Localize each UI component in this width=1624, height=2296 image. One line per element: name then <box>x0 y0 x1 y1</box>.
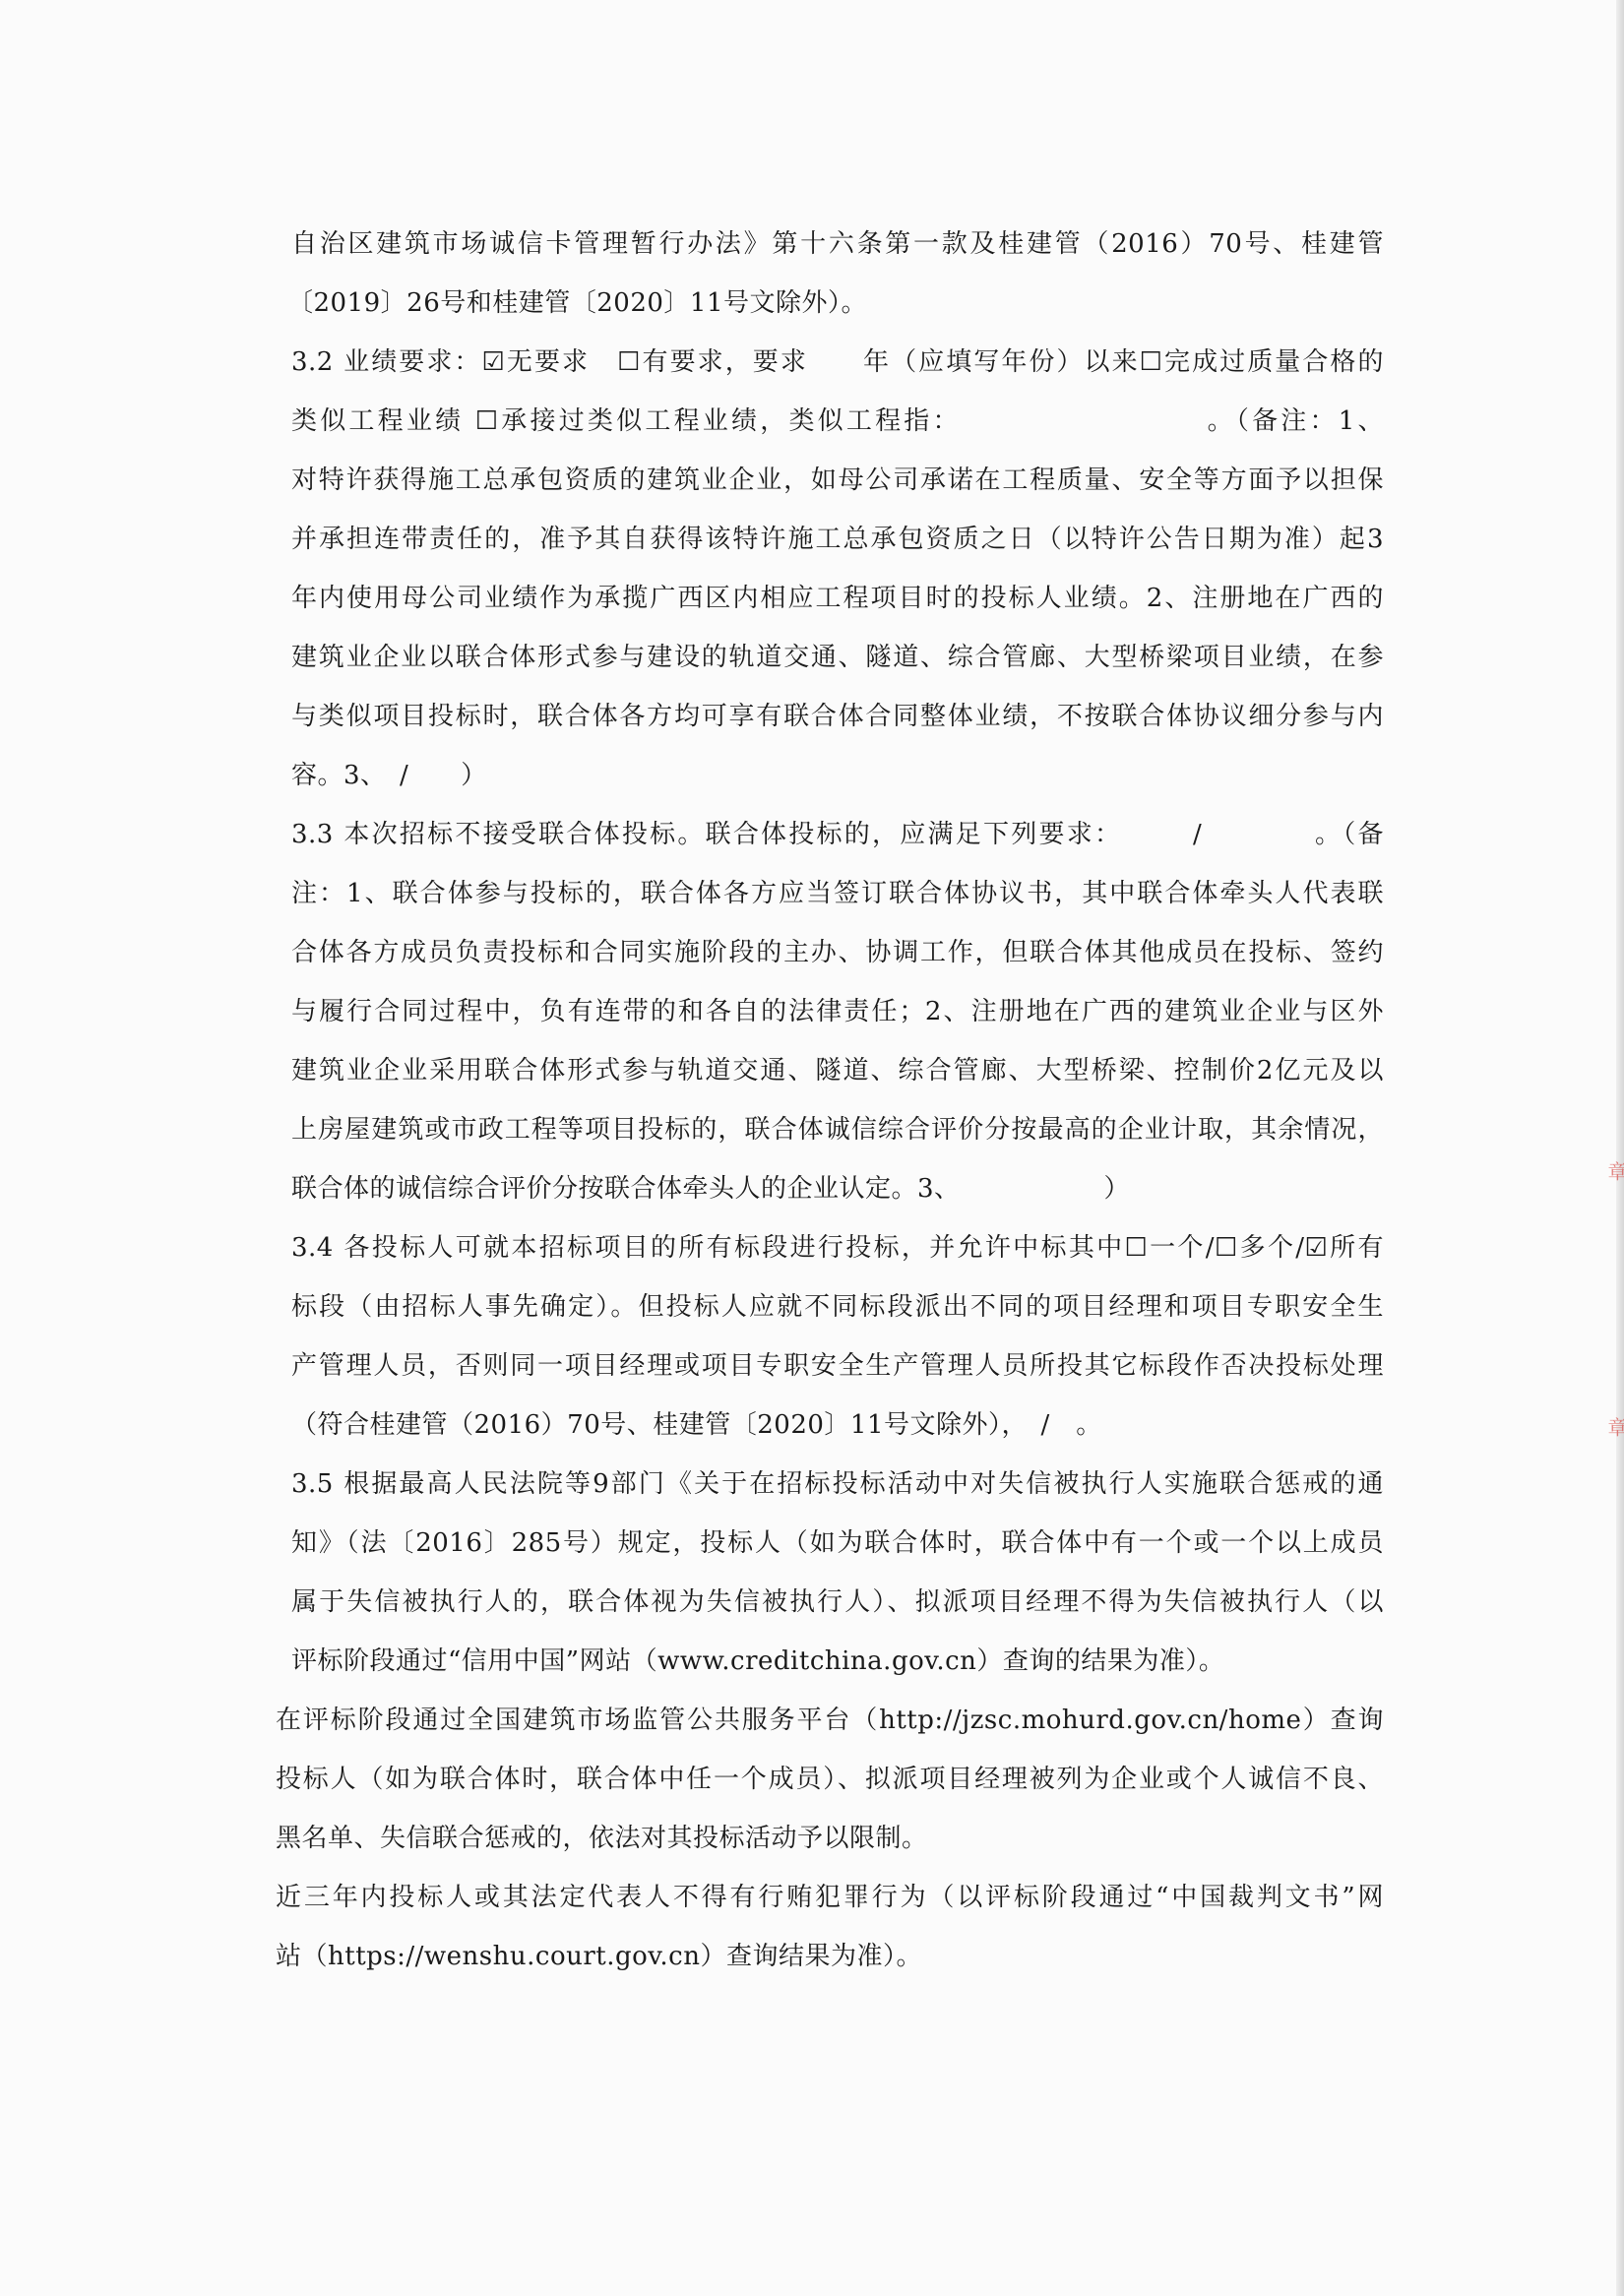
text-line: 属于失信被执行人的，联合体视为失信被执行人）、拟派项目经理不得为失信被执行人（以 <box>291 1573 1384 1632</box>
text-line: 并承担连带责任的，准予其自获得该特许施工总承包资质之日（以特许公告日期为准）起3 <box>291 510 1384 569</box>
text-line: 〔2019〕26号和桂建管〔2020〕11号文除外）。 <box>287 274 1384 333</box>
text-line: 标段（由招标人事先确定）。但投标人应就不同标段派出不同的项目经理和项目专职安全生 <box>291 1277 1384 1336</box>
text-line: 评标阶段通过“信用中国”网站（www.creditchina.gov.cn）查询… <box>291 1632 1384 1691</box>
text-line: 建筑业企业采用联合体形式参与轨道交通、隧道、综合管廊、大型桥梁、控制价2亿元及以 <box>291 1041 1384 1100</box>
text-line: 容。3、 / ） <box>291 746 1384 805</box>
text-line: 知》（法〔2016〕285号）规定，投标人（如为联合体时，联合体中有一个或一个以… <box>291 1514 1384 1573</box>
text-line: 投标人（如为联合体时，联合体中任一个成员）、拟派项目经理被列为企业或个人诚信不良… <box>276 1750 1384 1809</box>
text-line: 注：1、联合体参与投标的，联合体各方应当签订联合体协议书，其中联合体牵头人代表联 <box>291 864 1384 923</box>
text-line: 年内使用母公司业绩作为承揽广西区内相应工程项目时的投标人业绩。2、注册地在广西的 <box>291 569 1384 628</box>
text-line: 上房屋建筑或市政工程等项目投标的，联合体诚信综合评价分按最高的企业计取，其余情况… <box>291 1100 1384 1159</box>
text-line: 产管理人员，否则同一项目经理或项目专职安全生产管理人员所投其它标段作否决投标处理 <box>291 1336 1384 1396</box>
text-line: 自治区建筑市场诚信卡管理暂行办法》第十六条第一款及桂建管（2016）70号、桂建… <box>291 215 1384 274</box>
text-line: 合体各方成员负责投标和合同实施阶段的主办、协调工作，但联合体其他成员在投标、签约 <box>291 923 1384 982</box>
text-line: 与类似项目投标时，联合体各方均可享有联合体合同整体业绩，不按联合体协议细分参与内 <box>291 687 1384 746</box>
text-line: （符合桂建管（2016）70号、桂建管〔2020〕11号文除外）， / 。 <box>291 1396 1384 1455</box>
text-line: 黑名单、失信联合惩戒的，依法对其投标活动予以限制。 <box>276 1809 1384 1868</box>
text-line: 近三年内投标人或其法定代表人不得有行贿犯罪行为（以评标阶段通过“中国裁判文书”网 <box>276 1868 1384 1927</box>
section-3-4-heading: 3.4 各投标人可就本招标项目的所有标段进行投标，并允许中标其中☐一个/☐多个/… <box>291 1218 1384 1277</box>
red-seal-fragment-bottom: 章 <box>1602 1417 1624 1437</box>
text-line: 建筑业企业以联合体形式参与建设的轨道交通、隧道、综合管廊、大型桥梁项目业绩，在参 <box>291 628 1384 687</box>
document-body: 自治区建筑市场诚信卡管理暂行办法》第十六条第一款及桂建管（2016）70号、桂建… <box>291 215 1384 1986</box>
text-line: 对特许获得施工总承包资质的建筑业企业，如母公司承诺在工程质量、安全等方面予以担保 <box>291 451 1384 510</box>
text-line: 类似工程业绩 ☐承接过类似工程业绩，类似工程指： 。（备注：1、 <box>291 392 1384 451</box>
text-line: 与履行合同过程中，负有连带的和各自的法律责任；2、注册地在广西的建筑业企业与区外 <box>291 982 1384 1041</box>
red-seal-fragment-top: 章 <box>1602 1161 1624 1181</box>
section-3-2-heading: 3.2 业绩要求：☑无要求 ☐有要求，要求 年（应填写年份）以来☐完成过质量合格… <box>291 333 1384 392</box>
text-line: 联合体的诚信综合评价分按联合体牵头人的企业认定。3、 ） <box>291 1159 1384 1218</box>
text-line: 在评标阶段通过全国建筑市场监管公共服务平台（http://jzsc.mohurd… <box>276 1691 1384 1750</box>
page-edge <box>1616 0 1624 2296</box>
section-3-3-heading: 3.3 本次招标不接受联合体投标。联合体投标的，应满足下列要求： / 。（备 <box>291 805 1384 864</box>
section-3-5-heading: 3.5 根据最高人民法院等9部门《关于在招标投标活动中对失信被执行人实施联合惩戒… <box>291 1455 1384 1514</box>
text-line: 站（https://wenshu.court.gov.cn）查询结果为准）。 <box>276 1927 1384 1986</box>
